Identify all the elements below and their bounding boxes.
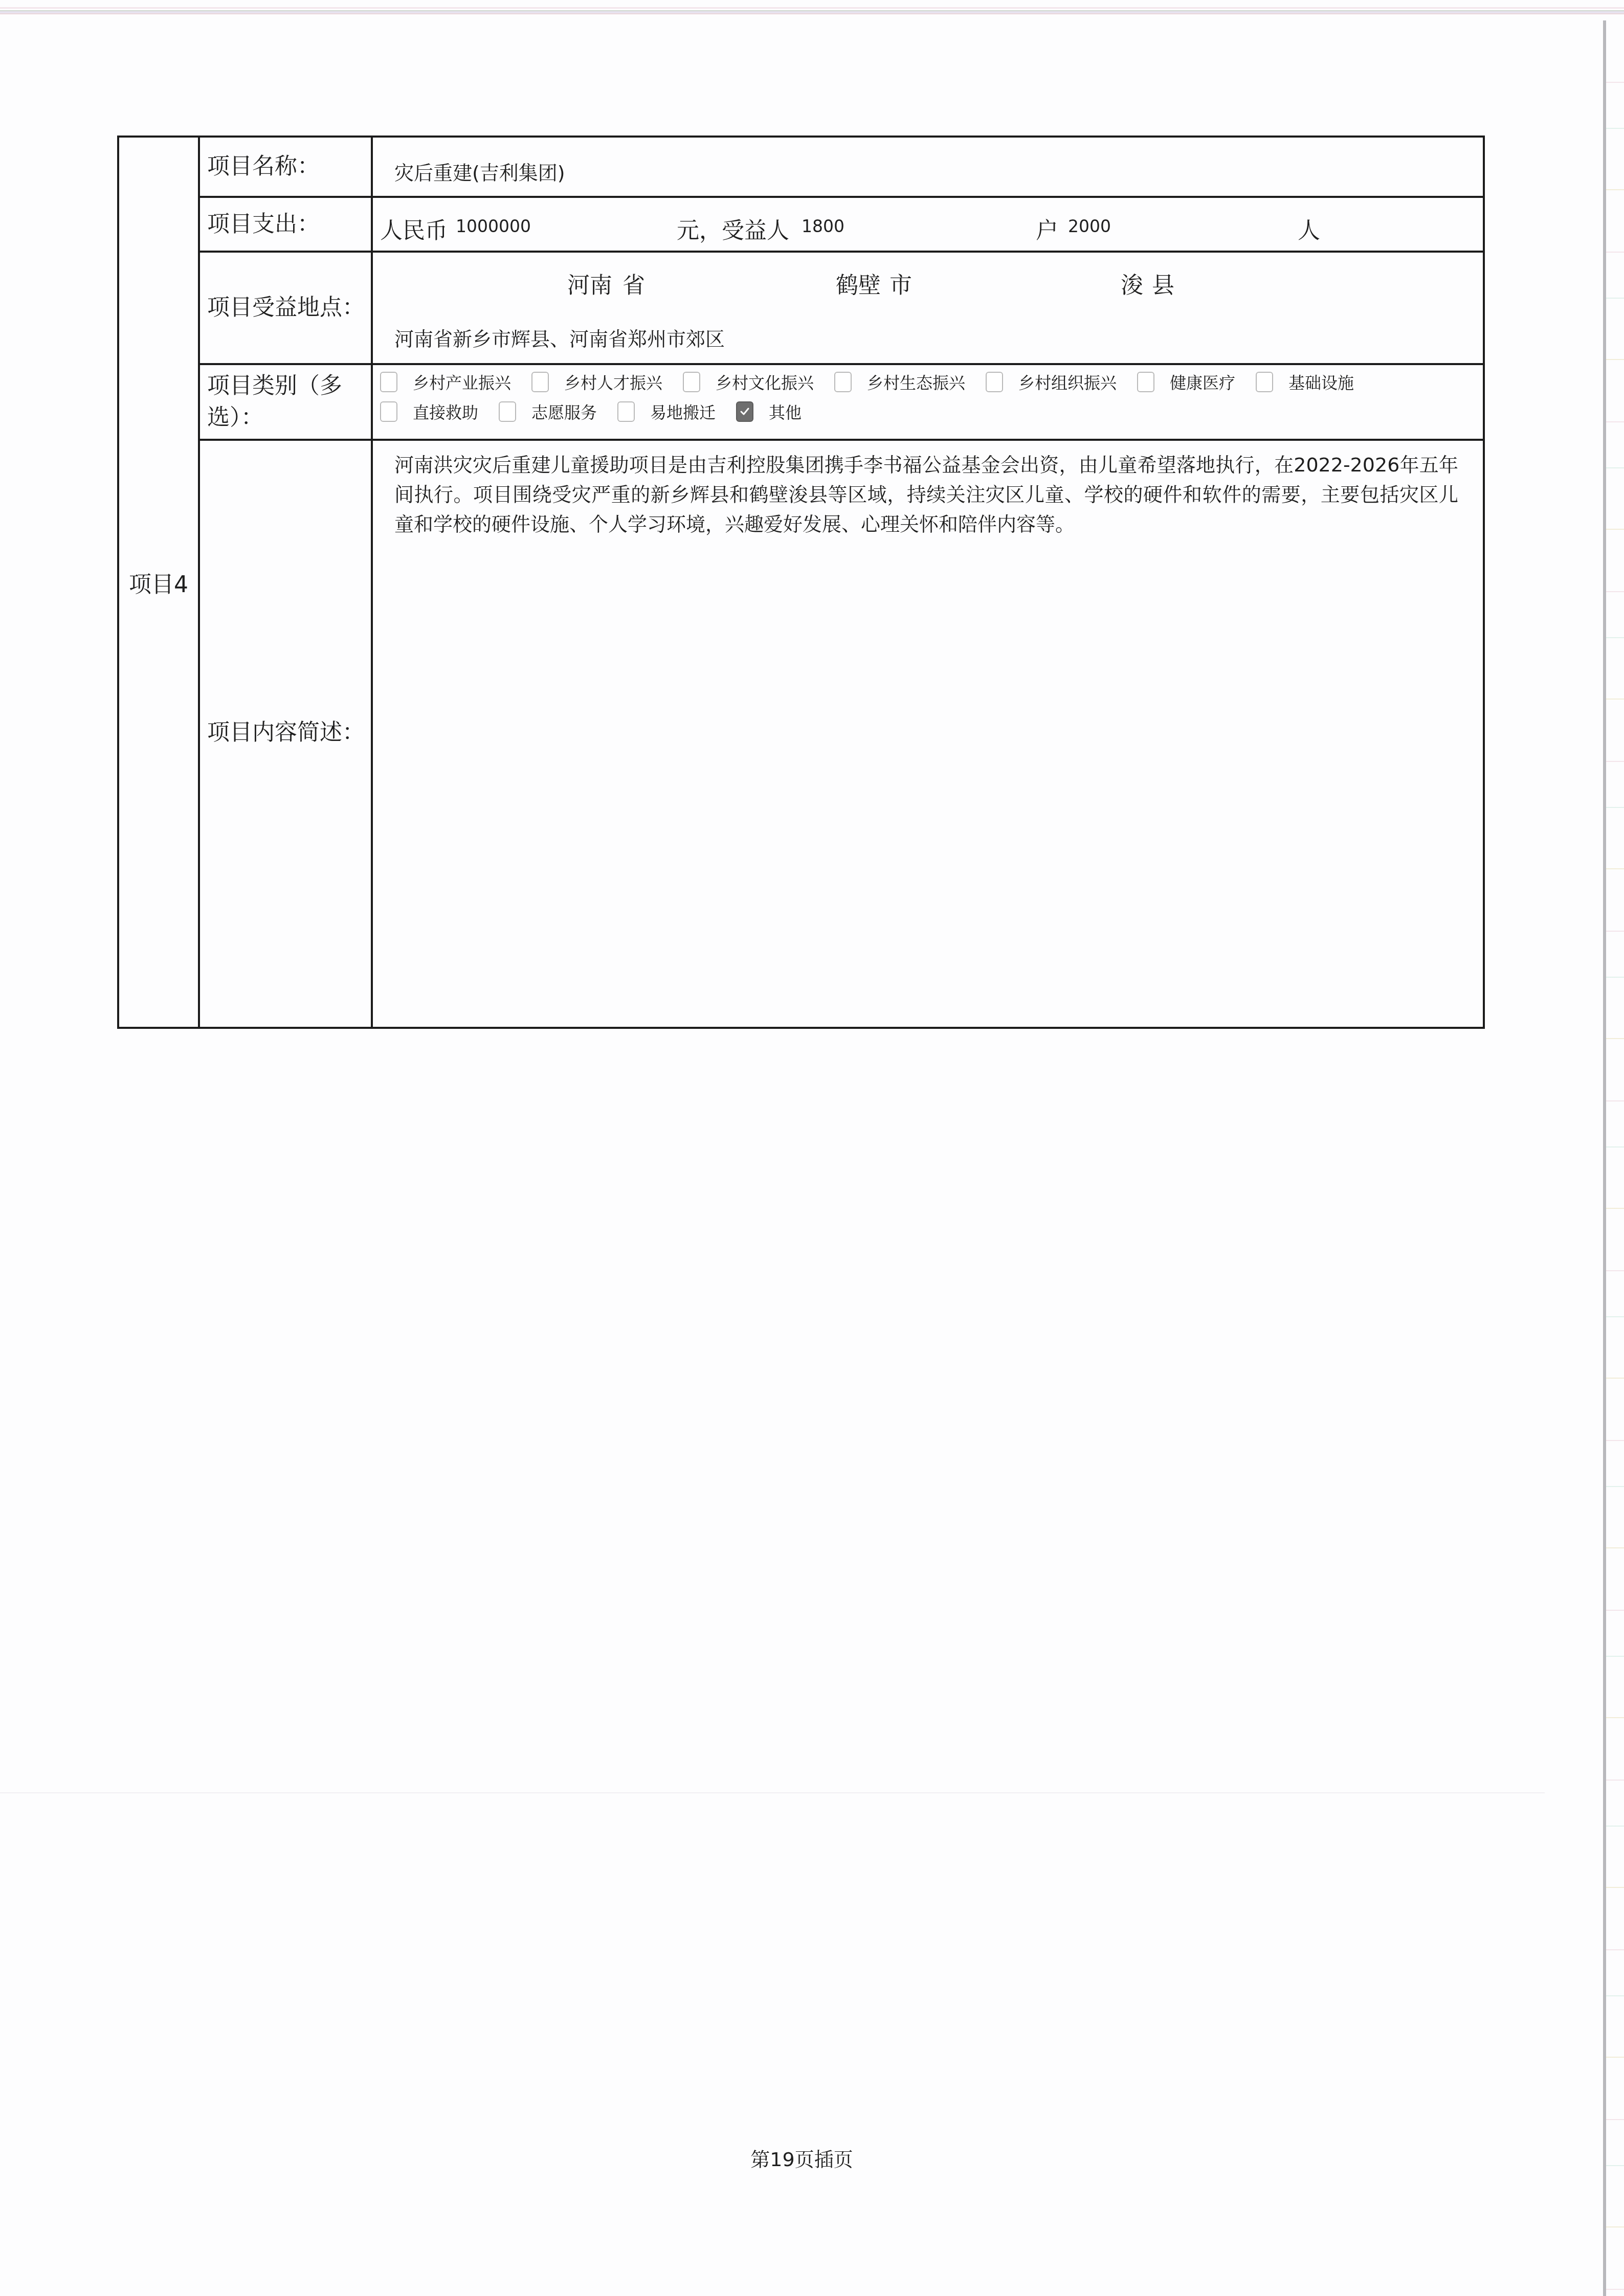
category-line-1: 乡村产业振兴 乡村人才振兴 乡村文化振兴 乡村生态振兴 乡村组织振兴 [380, 370, 1374, 394]
category-line-2: 直接救助 志愿服务 易地搬迁 其他 [380, 400, 822, 423]
category-option-rural-ecology[interactable]: 乡村生态振兴 [834, 370, 965, 394]
location-province: 河南 [567, 267, 612, 300]
checkbox-unchecked-icon[interactable] [380, 372, 397, 392]
project-category-cell: 乡村产业振兴 乡村人才振兴 乡村文化振兴 乡村生态振兴 乡村组织振兴 [373, 365, 1483, 439]
beneficiary-people: 2000 [1068, 216, 1111, 236]
category-option-infrastructure[interactable]: 基础设施 [1256, 370, 1354, 394]
scan-artifact-top [0, 7, 1624, 20]
category-option-other[interactable]: 其他 [736, 400, 802, 423]
project-name-cell: 灾后重建(吉利集团) [373, 138, 1483, 196]
unit-household: 户 [1036, 212, 1058, 245]
row-project-expense: 项目支出： 人民币 1000000 元，受益人 1800 户 2000 人 [200, 198, 1483, 253]
unit-yuan-beneficiary: 元，受益人 [677, 212, 789, 245]
project-location-label: 项目受益地点： [200, 253, 373, 363]
project-category-label: 项目类别（多选）： [200, 365, 373, 439]
checkbox-unchecked-icon[interactable] [617, 401, 635, 422]
category-option-relocation[interactable]: 易地搬迁 [617, 400, 716, 423]
row-project-name: 项目名称： 灾后重建(吉利集团) [200, 138, 1483, 198]
category-option-volunteer[interactable]: 志愿服务 [499, 400, 597, 423]
row-project-category: 项目类别（多选）： 乡村产业振兴 乡村人才振兴 乡村文化振兴 乡村生态振 [200, 365, 1483, 441]
scan-artifact-right [1606, 20, 1624, 2296]
checkbox-unchecked-icon[interactable] [986, 372, 1003, 392]
checkbox-unchecked-icon[interactable] [380, 401, 397, 422]
category-option-direct-aid[interactable]: 直接救助 [380, 400, 478, 423]
project-name-label: 项目名称： [200, 138, 373, 196]
location-detail: 河南省新乡市辉县、河南省郑州市郊区 [394, 323, 725, 351]
category-option-rural-culture[interactable]: 乡村文化振兴 [683, 370, 814, 394]
project-expense-label: 项目支出： [200, 198, 373, 251]
location-city: 鹤壁 [836, 267, 881, 300]
row-project-location: 项目受益地点： 河南 省 鹤壁 市 浚 县 河南省新乡市辉县、河南省郑州市郊区 [200, 253, 1483, 365]
checkbox-unchecked-icon[interactable] [834, 372, 852, 392]
checkbox-unchecked-icon[interactable] [683, 372, 700, 392]
location-province-unit: 省 [622, 267, 645, 300]
project-location-cell: 河南 省 鹤壁 市 浚 县 河南省新乡市辉县、河南省郑州市郊区 [373, 253, 1483, 363]
checkbox-checked-icon[interactable] [736, 401, 753, 422]
project-number-cell: 项目4 [119, 138, 200, 1027]
page-footer-note: 第19页插页 [0, 2144, 1604, 2172]
checkbox-unchecked-icon[interactable] [531, 372, 549, 392]
project-form-table: 项目4 项目名称： 灾后重建(吉利集团) 项目支出： 人民币 1000000 元… [117, 136, 1485, 1029]
checkmark-icon [739, 406, 750, 417]
beneficiary-households: 1800 [802, 216, 844, 236]
currency-prefix: 人民币 [380, 212, 448, 245]
project-expense-cell: 人民币 1000000 元，受益人 1800 户 2000 人 [373, 198, 1483, 251]
project-number-label: 项目4 [129, 566, 188, 599]
project-description-text: 河南洪灾灾后重建儿童援助项目是由吉利控股集团携手李书福公益基金会出资，由儿童希望… [394, 450, 1458, 539]
location-city-unit: 市 [889, 267, 912, 300]
category-option-rural-industry[interactable]: 乡村产业振兴 [380, 370, 511, 394]
category-option-health[interactable]: 健康医疗 [1137, 370, 1235, 394]
project-name-value: 灾后重建(吉利集团) [394, 157, 565, 185]
unit-people: 人 [1298, 212, 1320, 245]
category-option-rural-talent[interactable]: 乡村人才振兴 [531, 370, 662, 394]
expense-amount: 1000000 [456, 216, 531, 236]
row-project-description: 项目内容简述： 河南洪灾灾后重建儿童援助项目是由吉利控股集团携手李书福公益基金会… [200, 441, 1483, 1027]
checkbox-unchecked-icon[interactable] [1256, 372, 1273, 392]
project-description-label: 项目内容简述： [200, 441, 373, 1027]
location-county-unit: 县 [1152, 267, 1174, 300]
checkbox-unchecked-icon[interactable] [499, 401, 516, 422]
scan-artifact-line [0, 1792, 1545, 1793]
project-description-cell: 河南洪灾灾后重建儿童援助项目是由吉利控股集团携手李书福公益基金会出资，由儿童希望… [373, 441, 1483, 1027]
category-option-rural-organization[interactable]: 乡村组织振兴 [986, 370, 1117, 394]
checkbox-unchecked-icon[interactable] [1137, 372, 1154, 392]
location-county: 浚 [1121, 267, 1143, 300]
